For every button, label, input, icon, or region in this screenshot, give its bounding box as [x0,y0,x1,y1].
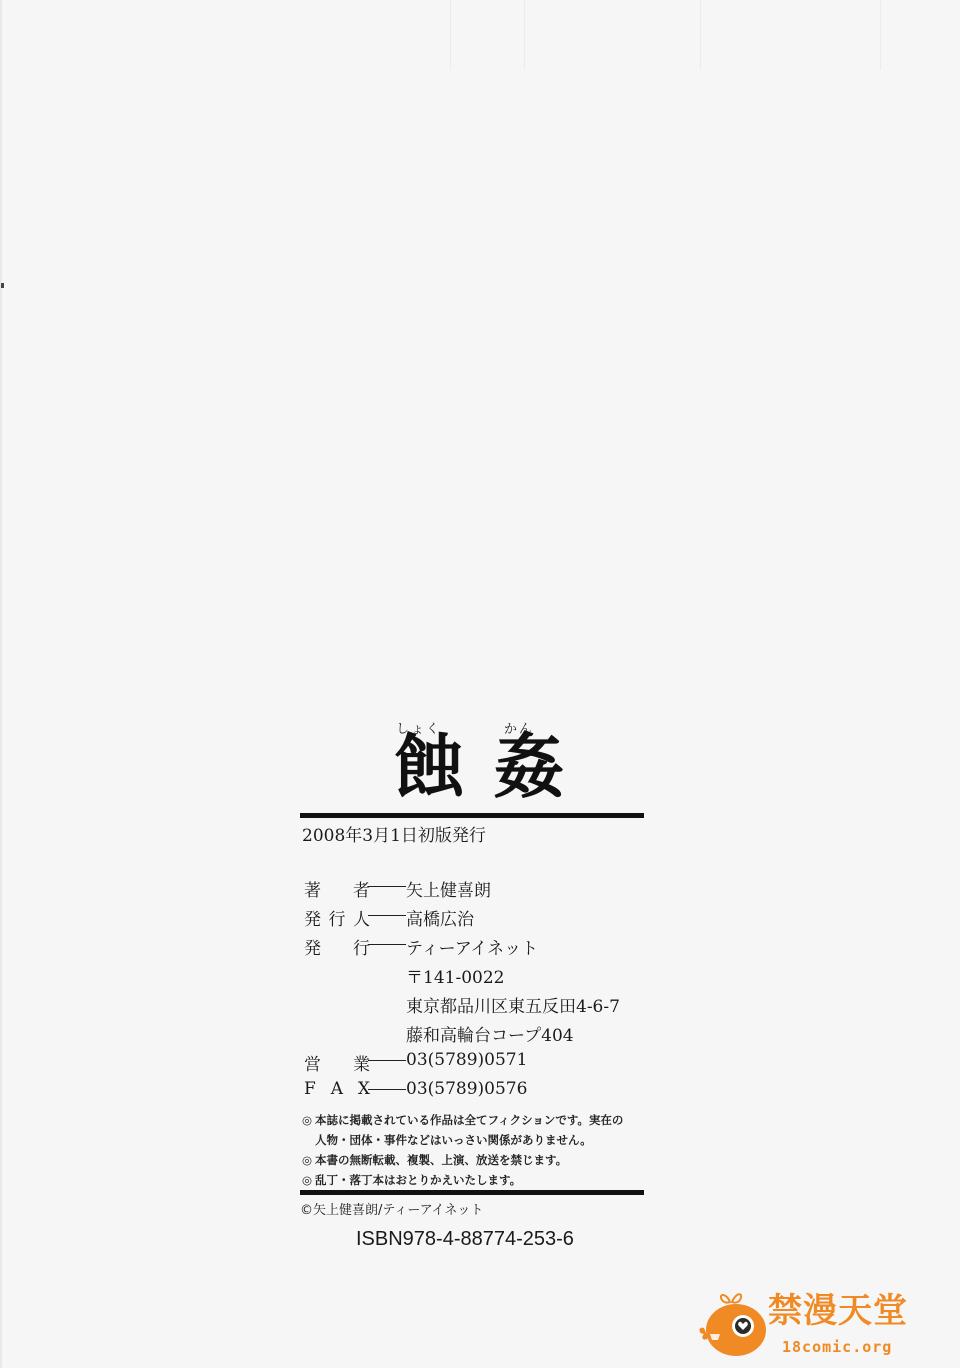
label-char: 者 [353,876,370,901]
label-char: 営 [304,1050,321,1075]
credit-label: 営 業 [304,1050,370,1075]
bottom-rule [300,1190,644,1195]
address-line-2: 藤和高輪台コープ404 [406,1021,574,1046]
label-char: F [304,1079,316,1099]
watermark-title: 禁漫天堂 [768,1294,908,1328]
label-char: A [331,1079,343,1099]
site-watermark: 禁漫天堂 18comic.org [696,1288,926,1360]
label-char: 発 [304,934,321,959]
legal-notices: ◎本誌に掲載されている作品は全てフィクションです。実在の 人物・団体・事件などは… [302,1110,646,1190]
credit-row-sales: 営 業 03(5789)0571 [304,1050,648,1079]
page-edge [0,0,3,1368]
credit-row-publisher-person: 発 行 人 高橋広治 [304,905,648,934]
top-rule [300,813,644,818]
sales-phone: 03(5789)0571 [406,1050,527,1070]
notice-fiction-cont: 人物・団体・事件などはいっさい関係がありません。 [302,1130,646,1150]
credit-label: 著 者 [304,876,370,901]
title-char-2: 姦 [494,732,564,802]
credit-row-publisher: 発 行 ティーアイネット [304,934,648,963]
credit-label: 発 行 [304,934,370,959]
credit-row-address-2: 藤和高輪台コープ404 [304,1021,648,1050]
notice-text: 乱丁・落丁本はおとりかえいたします。 [315,1173,521,1187]
copyright-line: ©矢上健喜朗/ティーアイネット [300,1199,483,1218]
edition-date: 2008年3月1日初版発行 [302,821,486,846]
credit-row-author: 著 者 矢上健喜朗 [304,876,648,905]
dash-separator [368,886,406,887]
scan-artifact [450,0,451,70]
publisher-company: ティーアイネット [406,934,538,959]
notice-fiction: ◎本誌に掲載されている作品は全てフィクションです。実在の [302,1110,646,1130]
double-circle-icon: ◎ [302,1150,315,1170]
label-char: 行 [353,934,370,959]
fax-number: 03(5789)0576 [406,1079,527,1099]
double-circle-icon: ◎ [302,1110,315,1130]
scan-artifact [880,0,881,70]
orange-mascot-heart-icon [696,1288,772,1360]
notice-copyright: ◎本書の無断転載、複製、上演、放送を禁じます。 [302,1150,646,1170]
title-char-1: 蝕 [394,732,464,802]
scan-speck [1,283,4,288]
postal-code: 〒141-0022 [406,963,504,988]
address-line-1: 東京都品川区東五反田4-6-7 [406,992,620,1017]
book-title: しょく かん 蝕 姦 [390,718,570,808]
scan-artifact [700,0,701,70]
watermark-url: 18comic.org [782,1338,892,1356]
label-char: 著 [304,876,321,901]
credit-row-address-1: 東京都品川区東五反田4-6-7 [304,992,648,1021]
credit-row-fax: F A X 03(5789)0576 [304,1079,648,1108]
credit-row-postal: 〒141-0022 [304,963,648,992]
dash-separator [368,944,406,945]
notice-text: 本誌に掲載されている作品は全てフィクションです。実在の [315,1113,623,1127]
label-char: 人 [353,905,370,930]
label-char: 発 [304,905,321,930]
credit-label: 発 行 人 [304,905,370,930]
notice-text: 本書の無断転載、複製、上演、放送を禁じます。 [315,1153,567,1167]
double-circle-icon: ◎ [302,1170,315,1190]
author-name: 矢上健喜朗 [406,876,491,901]
label-char: 業 [353,1050,370,1075]
dash-separator [368,1060,406,1061]
publisher-name: 高橋広治 [406,905,474,930]
credit-label: F A X [304,1079,370,1099]
dash-separator [368,915,406,916]
label-char: 行 [329,905,346,930]
credits-list: 著 者 矢上健喜朗 発 行 人 高橋広治 発 行 ティーアイネット 〒141-0… [304,876,648,1108]
notice-replacement: ◎乱丁・落丁本はおとりかえいたします。 [302,1170,646,1190]
isbn: ISBN978-4-88774-253-6 [356,1228,574,1251]
scan-artifact [524,0,525,70]
dash-separator [368,1089,406,1090]
